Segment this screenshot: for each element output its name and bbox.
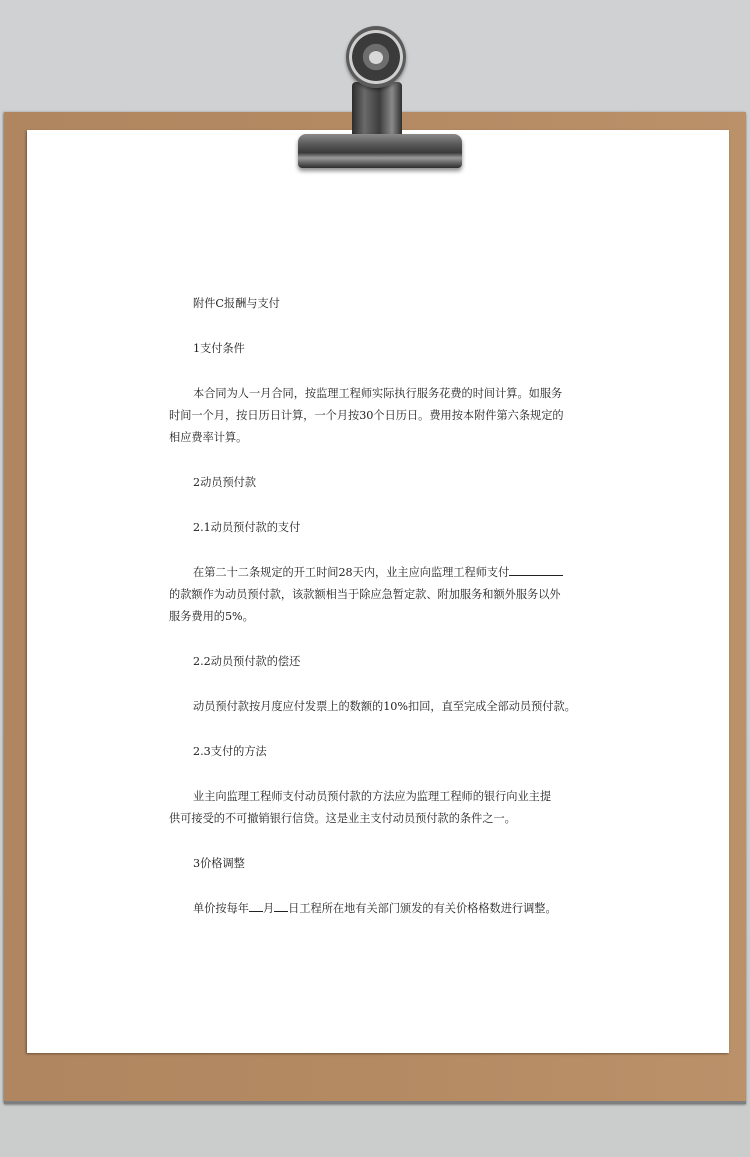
paragraph-line: 在第二十二条规定的开工时间28天内，业主应向监理工程师支付 <box>169 562 589 584</box>
paragraph-text: 日工程所在地有关部门颁发的有关价格格数进行调整。 <box>288 902 557 915</box>
section-heading: 2.2动员预付款的偿还 <box>169 651 589 673</box>
day-blank <box>274 899 288 912</box>
month-blank <box>249 899 263 912</box>
amount-blank <box>509 563 563 576</box>
paragraph-line: 本合同为人一月合同，按监理工程师实际执行服务花费的时间计算。如服务 <box>169 383 589 405</box>
section-heading: 3价格调整 <box>169 853 589 875</box>
clipboard-edge <box>4 1101 746 1104</box>
paragraph-text: 在第二十二条规定的开工时间28天内，业主应向监理工程师支付 <box>193 566 509 579</box>
section-heading: 2.1动员预付款的支付 <box>169 517 589 539</box>
paragraph-line: 相应费率计算。 <box>169 427 589 449</box>
section-heading: 2动员预付款 <box>169 472 589 494</box>
paragraph-line: 业主向监理工程师支付动员预付款的方法应为监理工程师的银行向业主提 <box>169 786 589 808</box>
section-heading: 2.3支付的方法 <box>169 741 589 763</box>
clip-neck <box>352 82 402 140</box>
paragraph-line: 服务费用的5%。 <box>169 606 589 628</box>
document-title: 附件C报酬与支付 <box>169 293 589 315</box>
paragraph-line: 时间一个月，按日历日计算，一个月按30个日历日。费用按本附件第六条规定的 <box>169 405 589 427</box>
clip-base <box>298 134 462 168</box>
paragraph-text: 月 <box>263 902 274 915</box>
paragraph-line: 供可接受的不可撤销银行信贷。这是业主支付动员预付款的条件之一。 <box>169 808 589 830</box>
paragraph-line: 的款额作为动员预付款，该款额相当于除应急暂定款、附加服务和额外服务以外 <box>169 584 589 606</box>
paragraph-line: 单价按每年月日工程所在地有关部门颁发的有关价格格数进行调整。 <box>169 898 589 920</box>
paragraph-text: 单价按每年 <box>193 902 249 915</box>
section-heading: 1支付条件 <box>169 338 589 360</box>
document-content: 附件C报酬与支付 1支付条件 本合同为人一月合同，按监理工程师实际执行服务花费的… <box>169 293 589 920</box>
paragraph-line: 动员预付款按月度应付发票上的数额的10%扣回，直至完成全部动员预付款。 <box>169 696 589 718</box>
binder-clip-icon <box>296 22 466 172</box>
clip-hole <box>369 51 383 64</box>
